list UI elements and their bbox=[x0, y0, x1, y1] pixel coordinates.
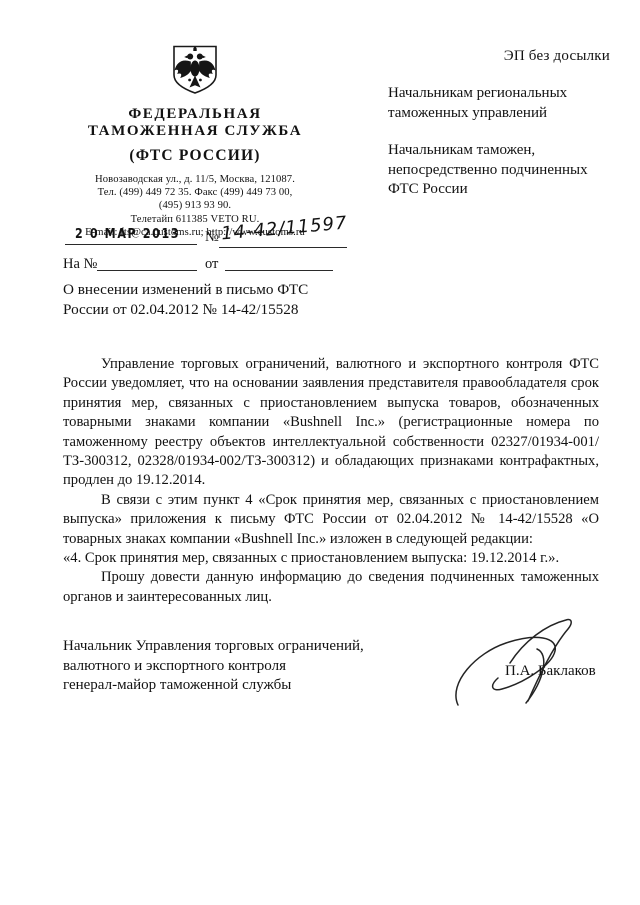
org-name: ФЕДЕРАЛЬНАЯ ТАМОЖЕННАЯ СЛУЖБА bbox=[50, 106, 340, 140]
addressee-block-customs: Начальникам таможен, непосредственно под… bbox=[388, 141, 613, 200]
na-no-label: На № bbox=[63, 256, 97, 273]
doc-number-underline bbox=[219, 247, 347, 248]
na-no-underline bbox=[97, 270, 197, 271]
body-paragraph-3: «4. Срок принятия мер, связанных с приос… bbox=[63, 549, 599, 568]
number-sign: № bbox=[205, 229, 219, 246]
addressee-block-regional: Начальникам региональных таможенных упра… bbox=[388, 84, 613, 123]
ot-label: от bbox=[205, 256, 218, 273]
address-line: Новозаводская ул., д. 11/5, Москва, 1210… bbox=[50, 173, 340, 186]
signer-title-line: генерал-майор таможенной службы bbox=[63, 676, 403, 696]
ep-delivery-note: ЭП без досылки bbox=[504, 48, 610, 65]
date-stamp: 2 0 МАР 2013 bbox=[75, 226, 180, 242]
signer-title: Начальник Управления торговых ограничени… bbox=[63, 637, 403, 696]
subject-line1: О внесении изменений в письмо ФТС bbox=[63, 280, 383, 300]
addressee-line: ФТС России bbox=[388, 180, 613, 200]
letter-body: Управление торговых ограничений, валютно… bbox=[63, 355, 599, 607]
addressee-line: непосредственно подчиненных bbox=[388, 161, 613, 181]
addressee-line: Начальникам региональных bbox=[388, 84, 613, 104]
body-paragraph-2: В связи с этим пункт 4 «Срок принятия ме… bbox=[63, 491, 599, 549]
document-page: ЭП без досылки Начальникам региональных … bbox=[0, 0, 640, 905]
addressee-section: Начальникам региональных таможенных упра… bbox=[388, 84, 613, 218]
ot-underline bbox=[225, 270, 333, 271]
signer-name: П.А. Баклаков bbox=[505, 663, 596, 680]
addressee-line: Начальникам таможен, bbox=[388, 141, 613, 161]
subject-line2: России от 02.04.2012 № 14-42/15528 bbox=[63, 300, 383, 320]
address-line: Тел. (499) 449 72 35. Факс (499) 449 73 … bbox=[50, 186, 340, 199]
date-underline bbox=[65, 244, 197, 245]
org-short-name: (ФТС РОССИИ) bbox=[50, 147, 340, 165]
org-name-line2: ТАМОЖЕННАЯ СЛУЖБА bbox=[50, 123, 340, 140]
body-paragraph-4: Прошу довести данную информацию до сведе… bbox=[63, 568, 599, 607]
double-headed-eagle-emblem-icon bbox=[167, 45, 223, 95]
address-line: (495) 913 93 90. bbox=[50, 199, 340, 212]
org-name-line1: ФЕДЕРАЛЬНАЯ bbox=[50, 106, 340, 123]
body-paragraph-1: Управление торговых ограничений, валютно… bbox=[63, 355, 599, 491]
subject: О внесении изменений в письмо ФТС России… bbox=[63, 280, 383, 319]
signer-title-line: валютного и экспортного контроля bbox=[63, 657, 403, 677]
addressee-line: таможенных управлений bbox=[388, 104, 613, 124]
signer-title-line: Начальник Управления торговых ограничени… bbox=[63, 637, 403, 657]
letterhead: ФЕДЕРАЛЬНАЯ ТАМОЖЕННАЯ СЛУЖБА (ФТС РОССИ… bbox=[50, 45, 340, 239]
